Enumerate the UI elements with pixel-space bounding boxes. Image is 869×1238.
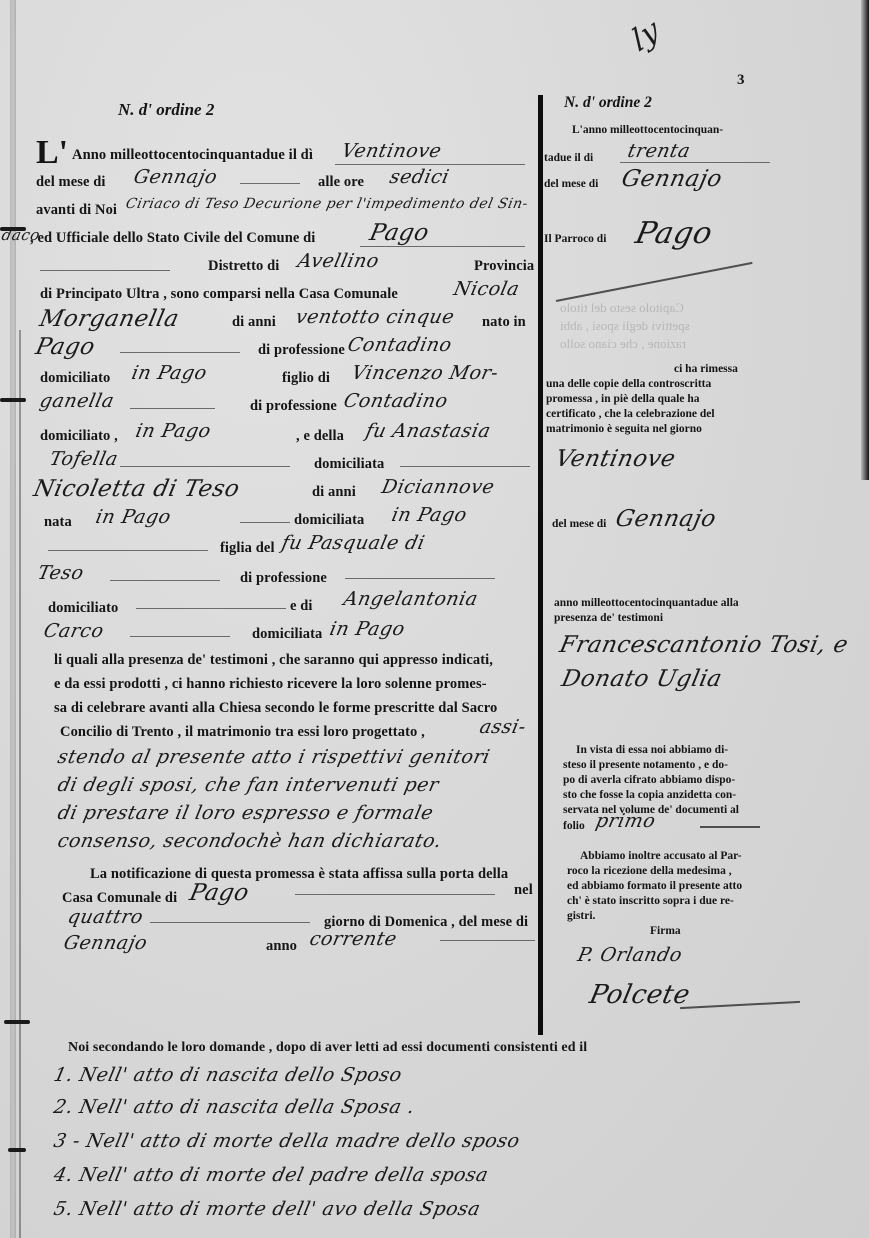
right-date-label: tadue il di bbox=[544, 152, 593, 164]
bride-mother-domicile: in Pago bbox=[328, 618, 407, 640]
district-handwritten: Avellino bbox=[296, 250, 382, 272]
right-para-a2: roco la ricezione della medesima , bbox=[567, 865, 732, 877]
groom-mother: fu Anastasia bbox=[364, 420, 493, 442]
big-initial: L' bbox=[36, 134, 68, 172]
and-of-label: , e della bbox=[296, 428, 344, 445]
bride-age: Diciannove bbox=[380, 476, 497, 498]
binding-edge bbox=[10, 0, 16, 1238]
bleed-through-text: razione , che ciano sollo bbox=[560, 336, 686, 352]
consent-handwritten-2: di degli sposi, che fan intervenuti per bbox=[56, 774, 441, 796]
groom-father: Vincenzo Mor- bbox=[350, 362, 501, 384]
right-para-a4: ch' è stato inscritto sopra i due re- bbox=[567, 895, 734, 907]
margin-tick bbox=[8, 1148, 26, 1152]
signature-label: Firma bbox=[650, 925, 681, 937]
day-handwritten: Ventinove bbox=[340, 140, 444, 162]
born-label: nata bbox=[44, 514, 72, 531]
groom-profession: Contadino bbox=[346, 334, 454, 356]
month-label: del mese di bbox=[36, 174, 106, 191]
notification-comune: Pago bbox=[187, 880, 251, 906]
signature-2: Polcete bbox=[587, 980, 693, 1010]
parish-handwritten: Pago bbox=[632, 216, 715, 251]
folio-handwritten: primo bbox=[594, 810, 658, 832]
right-line-6: una delle copie della controscritta bbox=[546, 378, 711, 390]
domiciled-label: domiciliata bbox=[252, 626, 322, 643]
domicile-label: domiciliato , bbox=[40, 428, 118, 445]
document-item-2: 2. Nell' atto di nascita della Sposa . bbox=[52, 1096, 417, 1118]
right-para-a5: gistri. bbox=[567, 910, 595, 922]
civil-officer-line: , ed Ufficiale dello Stato Civile del Co… bbox=[30, 230, 315, 247]
domicile-label: domiciliato bbox=[40, 370, 110, 387]
bride-father-surname: Teso bbox=[36, 562, 86, 584]
bride-birthplace: in Pago bbox=[94, 506, 173, 528]
consent-handwritten-1: stendo al presente atto i rispettivi gen… bbox=[56, 746, 492, 768]
father-domicile: in Pago bbox=[134, 420, 213, 442]
consent-handwritten-start: assi- bbox=[478, 716, 529, 738]
hour-handwritten: sedici bbox=[388, 166, 452, 188]
year-label: anno bbox=[266, 938, 297, 955]
age-label: di anni bbox=[232, 314, 276, 331]
bride-father: fu Pasquale di bbox=[280, 532, 427, 554]
document-item-4: 4. Nell' atto di morte del padre della s… bbox=[52, 1164, 491, 1186]
son-of-label: figlio di bbox=[282, 370, 330, 387]
province-line: di Principato Ultra , sono comparsi nell… bbox=[40, 286, 398, 303]
domicile-label: domiciliato bbox=[48, 600, 118, 617]
marriage-day-handwritten: Ventinove bbox=[553, 446, 678, 472]
witness-paragraph-4: Concilio di Trento , il matrimonio tra e… bbox=[60, 724, 425, 741]
right-month-label-2: del mese di bbox=[552, 518, 606, 530]
margin-tick bbox=[4, 1020, 30, 1024]
groom-birthplace: Pago bbox=[33, 334, 97, 360]
notification-day: quattro bbox=[66, 906, 146, 928]
profession-label: di professione bbox=[258, 342, 345, 359]
domiciled-label: domiciliata bbox=[294, 512, 364, 529]
signature-1: P. Orlando bbox=[576, 944, 685, 966]
witness-paragraph-3: sa di celebrare avanti alla Chiesa secon… bbox=[54, 700, 497, 717]
age-label: di anni bbox=[312, 484, 356, 501]
top-handwritten-mark: ly bbox=[628, 11, 665, 60]
notification-nel: nel bbox=[514, 882, 533, 899]
right-para-v2: steso il presente notamento , e do- bbox=[563, 759, 728, 771]
right-line-8: certificato , che la celebrazione del bbox=[546, 408, 715, 420]
profession-label: di professione bbox=[250, 398, 337, 415]
and-of-label: e di bbox=[290, 598, 313, 615]
order-number-title-right: N. d' ordine 2 bbox=[564, 94, 652, 112]
father-profession: Contadino bbox=[342, 390, 450, 412]
witness-paragraph-1: li quali alla presenza de' testimoni , c… bbox=[54, 652, 493, 669]
notification-line-1: La notificazione di questa promessa è st… bbox=[90, 866, 508, 883]
groom-father-surname: ganella bbox=[38, 390, 117, 412]
document-item-5: 5. Nell' atto di morte dell' avo della S… bbox=[52, 1198, 483, 1220]
right-line-9: matrimonio è seguita nel giorno bbox=[546, 423, 702, 435]
comune-handwritten: Pago bbox=[367, 220, 431, 246]
bleed-through-text: spettivi degli sposi , abbi bbox=[560, 318, 690, 334]
page-number: 3 bbox=[737, 72, 745, 89]
profession-label: di professione bbox=[240, 570, 327, 587]
bride-mother: Angelantonia bbox=[342, 588, 480, 610]
district-label: Distretto di bbox=[208, 258, 279, 275]
witness-1-handwritten: Francescantonio Tosi, e bbox=[557, 632, 850, 658]
bleed-through-text: Capitolo sesto del titolo bbox=[560, 300, 684, 316]
bride-mother-surname: Carco bbox=[42, 620, 106, 642]
folio-label: folio bbox=[563, 820, 585, 832]
right-day-handwritten: trenta bbox=[626, 140, 693, 162]
notification-year: corrente bbox=[308, 928, 399, 950]
margin-line bbox=[19, 330, 21, 1238]
consent-handwritten-3: di prestare il loro espresso e formale bbox=[56, 802, 436, 824]
right-para-v4: sto che fosse la copia anzidetta con- bbox=[563, 789, 736, 801]
before-us-label: avanti di Noi bbox=[36, 202, 117, 219]
province-label: Provincia bbox=[474, 258, 534, 275]
page-edge-shadow bbox=[861, 0, 869, 480]
documents-intro: Noi secondando le loro domande , dopo di… bbox=[68, 1040, 587, 1056]
groom-first-name: Nicola bbox=[452, 278, 522, 300]
born-in-label: nato in bbox=[482, 314, 526, 331]
right-line-5: ci ha rimessa bbox=[674, 363, 738, 375]
witness-paragraph-2: e da essi prodotti , ci hanno richiesto … bbox=[54, 676, 487, 693]
month-handwritten: Gennajo bbox=[132, 166, 220, 188]
notification-month: Gennajo bbox=[62, 932, 150, 954]
margin-tick bbox=[0, 398, 26, 402]
groom-surname: Morganella bbox=[37, 306, 181, 332]
witness-2-handwritten: Donato Uglia bbox=[559, 666, 724, 692]
parish-priest-label: Il Parroco di bbox=[544, 233, 606, 245]
groom-age: ventotto cinque bbox=[294, 306, 457, 328]
official-handwritten: Ciriaco di Teso Decurione per l'impedime… bbox=[124, 196, 529, 212]
right-para-a3: ed abbiamo formato il presente atto bbox=[567, 880, 742, 892]
right-line-1: L'anno milleottocentocinquan- bbox=[572, 124, 723, 136]
right-para-a1: Abbiamo inoltre accusato al Par- bbox=[580, 850, 742, 862]
line-1-print: Anno milleottocentocinquantadue il dì bbox=[72, 147, 313, 164]
daughter-of-label: figlia del bbox=[220, 540, 275, 557]
domiciled-label: domiciliata bbox=[314, 456, 384, 473]
right-para-v1: In vista di essa noi abbiamo di- bbox=[576, 744, 728, 756]
hour-label: alle ore bbox=[318, 174, 364, 191]
marriage-month-handwritten: Gennajo bbox=[613, 506, 718, 532]
notification-comune-label: Casa Comunale di bbox=[62, 890, 177, 907]
document-item-3: 3 - Nell' atto di morte della madre dell… bbox=[52, 1130, 522, 1152]
bride-name: Nicoletta di Teso bbox=[31, 476, 242, 502]
consent-handwritten-4: consenso, secondochè han dichiarato. bbox=[56, 830, 444, 852]
right-line-7: promessa , in piè della quale ha bbox=[546, 393, 699, 405]
right-month-handwritten: Gennajo bbox=[619, 166, 724, 192]
witnesses-label: presenza de' testimoni bbox=[554, 612, 663, 624]
right-year-line: anno milleottocentocinquantadue alla bbox=[554, 597, 739, 609]
document-page: ly 3 N. d' ordine 2 L' Anno milleottocen… bbox=[0, 0, 869, 1238]
groom-domicile: in Pago bbox=[130, 362, 209, 384]
right-para-v3: po di averla cifrato abbiamo dispo- bbox=[563, 774, 735, 786]
order-number-title: N. d' ordine 2 bbox=[118, 100, 214, 120]
bride-domicile: in Pago bbox=[390, 504, 469, 526]
column-divider bbox=[538, 95, 543, 1035]
document-item-1: 1. Nell' atto di nascita dello Sposo bbox=[52, 1064, 404, 1086]
right-month-label: del mese di bbox=[544, 178, 598, 190]
groom-mother-surname: Tofella bbox=[48, 448, 121, 470]
